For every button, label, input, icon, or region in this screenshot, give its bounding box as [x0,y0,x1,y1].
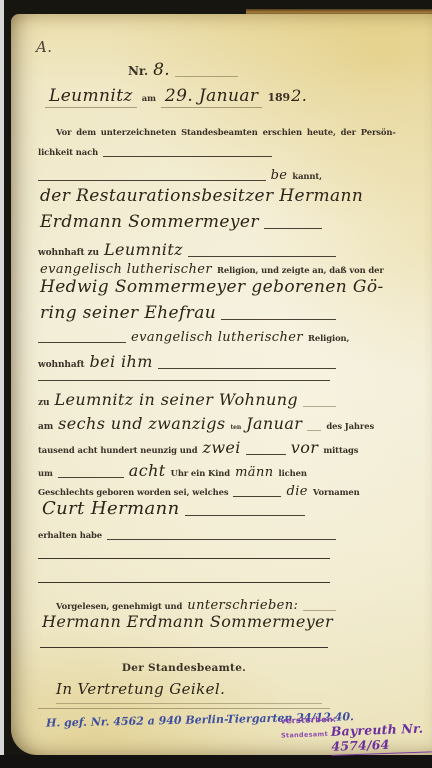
declarant-line-1: der Restaurationsbesitzer Hermann [40,186,336,206]
birth-year-line: tausend acht hundert neunzig und zwei vo… [38,438,336,457]
dateline-year-printed: 189 [267,91,290,104]
mother-name-2: ring seiner Ehefrau [40,303,216,323]
mother-residence-value: bei ihm [89,352,152,371]
birth-day-suffix: ten [231,424,242,431]
mother-residence-label: wohnhaft [38,360,84,370]
intro-text-1: Vor dem unterzeichneten Standesbeamten e… [56,127,396,137]
rule-line [307,430,321,431]
rule-line [158,368,336,369]
birth-time-hw: acht [129,461,166,480]
child-name-line: Curt Hermann [42,498,336,519]
residence-label: wohnhaft zu [38,248,99,258]
rule-line [233,496,281,497]
stamp-register-value: Bayreuth Nr. 4574/64 [331,720,432,755]
rule-line [221,319,336,320]
mother-line-2: ring seiner Ehefrau [40,303,336,323]
record-number-value: 8. [153,60,170,80]
birth-sex-suffix: lichen [279,468,307,478]
rule-line [188,256,336,257]
mother-residence-line: wohnhaft bei ihm [38,352,336,371]
separator-line [40,645,328,646]
declarant-religion-hw: evangelisch lutherischer [40,262,212,277]
dateline: Leumnitz am 29. Januar 189 2. [45,86,336,108]
declarant-name-2: Erdmann Sommermeyer [40,212,259,232]
birth-sex-line: Geschlechts geboren worden sei, welches … [38,484,336,499]
form-label-line: A. [36,38,52,56]
stamp-office-label: Standesamt [281,730,328,740]
vornamen-label: Vornamen [313,487,360,497]
dateline-date: 29. Januar [161,86,263,108]
birth-sex-line-printed: Geschlechts geboren worden sei, welches [38,487,228,497]
blank-line [38,580,330,581]
residence-value: Leumnitz [104,240,183,259]
rule-line [103,156,272,157]
form-label: A. [36,38,52,56]
birth-time-label: um [38,468,53,478]
dateline-year-written: 2. [291,86,307,105]
birth-of-year-label: des Jahres [326,421,374,431]
intro-line-2: lichkeit nach [38,147,272,157]
scanned-birth-record-page: A. Nr. 8. Leumnitz am 29. Januar 189 2. … [0,0,432,768]
birth-year-printed: tausend acht hundert neunzig und [38,445,197,455]
birth-sex-hw: männ [235,465,273,480]
declarant-signature: Hermann Erdmann Sommermeyer [42,612,333,631]
rule-line [246,454,286,455]
birth-time-suffix: Uhr ein Kind [171,468,230,478]
birth-month-value: Januar [246,414,302,433]
rule-line [38,380,330,381]
registrar-title: Der Standesbeamte. [122,662,246,674]
birth-meridiem-printed: mittags [323,445,358,455]
declarant-religion-printed: Religion, und zeigte an, daß von der [217,265,384,275]
registrar-title-line: Der Standesbeamte. [38,662,330,674]
declarant-name-1: der Restaurationsbesitzer Hermann [40,186,363,206]
birth-day-label: am [38,422,53,432]
vornamen-article-hw: die [286,484,307,499]
mother-religion-line: evangelisch lutherischer Religion, [38,330,336,345]
blank-line [38,378,330,379]
archival-note-line: H. gef. Nr. 4562 a 940 Berlin-Tiergarten… [46,711,296,729]
birth-day-line: am sechs und zwanzigs ten Januar des Jah… [38,414,336,433]
known-printed: kannt, [292,171,322,181]
birth-place-label: zu [38,398,49,408]
birth-place-line: zu Leumnitz in seiner Wohnung [38,390,336,409]
record-number-line: Nr. 8. [128,60,238,80]
dateline-am-label: am [142,93,156,103]
rule-line [38,558,330,559]
mother-line-1: Hedwig Sommermeyer geborenen Gö- [40,277,336,297]
dateline-place: Leumnitz [45,86,137,108]
record-number-label: Nr. [128,64,148,78]
received-line: erhalten habe [38,530,336,540]
declarant-line-2: Erdmann Sommermeyer [40,212,336,232]
registrar-signature-line: In Vertretung Geikel. [56,680,322,704]
rule-line [58,477,124,478]
rule-line [107,539,336,540]
rule-line [185,515,305,516]
intro-text-2: lichkeit nach [38,147,98,157]
mother-religion-hw: evangelisch lutherischer [131,330,303,345]
rule-line [303,610,336,611]
birth-year-hw: zwei [202,438,240,457]
declarant-residence-line: wohnhaft zu Leumnitz [38,240,336,259]
closing-hw: unterschrieben: [187,598,298,613]
registrar-signature: In Vertretung Geikel. [56,680,225,698]
rule-line [38,180,266,181]
rule-line [38,708,330,709]
birth-day-value: sechs und zwanzigs [58,414,225,433]
rule-line [264,228,322,229]
birth-time-line: um acht Uhr ein Kind männ lichen [38,461,336,480]
declarant-religion-line: evangelisch lutherischer Religion, und z… [40,262,336,277]
rule-line [38,582,330,583]
stamp-row-2: Standesamt Bayreuth Nr. 4574/64 [281,720,432,757]
birth-place-value: Leumnitz in seiner Wohnung [54,390,298,409]
child-name: Curt Hermann [42,498,180,519]
signature-line: Hermann Erdmann Sommermeyer [42,612,336,631]
known-handwritten: be [271,168,288,183]
closing-printed: Vorgelesen, genehmigt und [56,601,182,611]
rule-line [40,647,328,648]
rule-line [303,406,336,407]
intro-line-1: Vor dem unterzeichneten Standesbeamten e… [56,127,332,137]
document-content: A. Nr. 8. Leumnitz am 29. Januar 189 2. … [0,0,432,768]
blank-line [38,556,330,557]
mother-religion-printed: Religion, [308,333,349,343]
death-stamp: verstorben: Standesamt Bayreuth Nr. 4574… [280,711,431,757]
rule-line [175,76,238,77]
received-label: erhalten habe [38,530,102,540]
rule-line [38,342,126,343]
bottom-rule [38,706,330,707]
closing-line: Vorgelesen, genehmigt und unterschrieben… [56,598,336,613]
mother-name-1: Hedwig Sommermeyer geborenen Gö- [40,277,384,297]
birth-meridiem-hw: vor [291,438,319,457]
known-line: be kannt, [38,168,322,183]
